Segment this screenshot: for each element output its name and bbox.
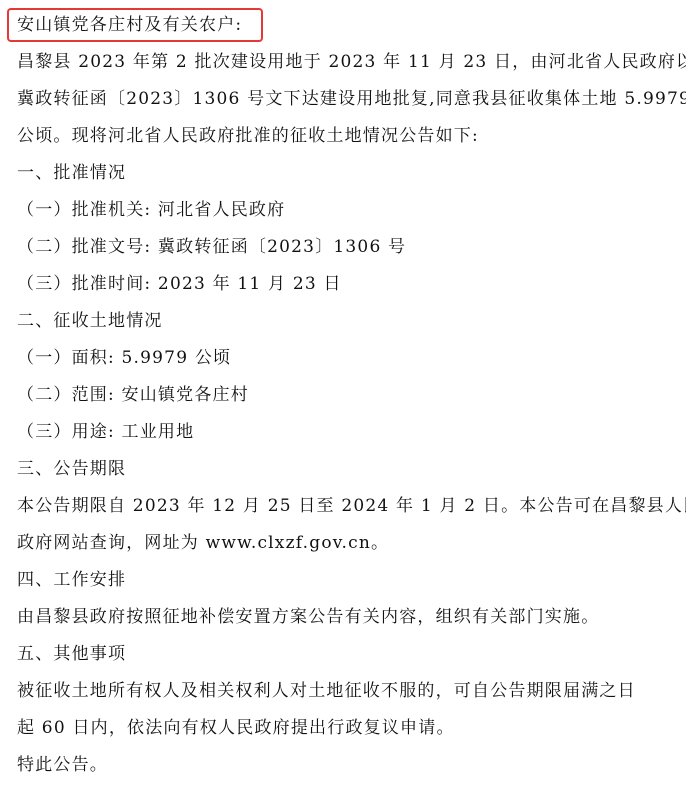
intro-line-2: 冀政转征函〔2023〕1306 号文下达建设用地批复,同意我县征收集体土地 5.… (17, 88, 686, 110)
land-area: （一）面积: 5.9979 公顷 (17, 347, 231, 369)
period-line-1: 本公告期限自 2023 年 12 月 25 日至 2024 年 1 月 2 日。… (17, 495, 686, 517)
intro-line-1: 昌黎县 2023 年第 2 批次建设用地于 2023 年 11 月 23 日，由… (17, 51, 686, 73)
approval-document-number: （二）批准文号: 冀政转征函〔2023〕1306 号 (17, 236, 406, 258)
closing: 特此公告。 (17, 754, 108, 776)
section-heading-other: 五、其他事项 (17, 643, 126, 665)
section-heading-approval: 一、批准情况 (17, 162, 126, 184)
period-line-2: 政府网站查询，网址为 www.clxzf.gov.cn。 (17, 532, 389, 554)
other-line-2: 起 60 日内，依法向有权人民政府提出行政复议申请。 (17, 717, 455, 739)
approval-date: （三）批准时间: 2023 年 11 月 23 日 (17, 273, 342, 295)
salutation: 安山镇党各庄村及有关农户: (17, 14, 242, 36)
work-line-1: 由昌黎县政府按照征地补偿安置方案公告有关内容，组织有关部门实施。 (17, 606, 599, 628)
section-heading-work: 四、工作安排 (17, 569, 126, 591)
land-usage: （三）用途: 工业用地 (17, 421, 194, 443)
land-scope: （二）范围: 安山镇党各庄村 (17, 384, 249, 406)
section-heading-land: 二、征收土地情况 (17, 310, 163, 332)
section-heading-period: 三、公告期限 (17, 458, 126, 480)
intro-line-3: 公顷。现将河北省人民政府批准的征收土地情况公告如下: (17, 125, 479, 147)
approval-authority: （一）批准机关: 河北省人民政府 (17, 199, 285, 221)
other-line-1: 被征收土地所有权人及相关权利人对土地征收不服的，可自公告期限届满之日 (17, 680, 636, 702)
